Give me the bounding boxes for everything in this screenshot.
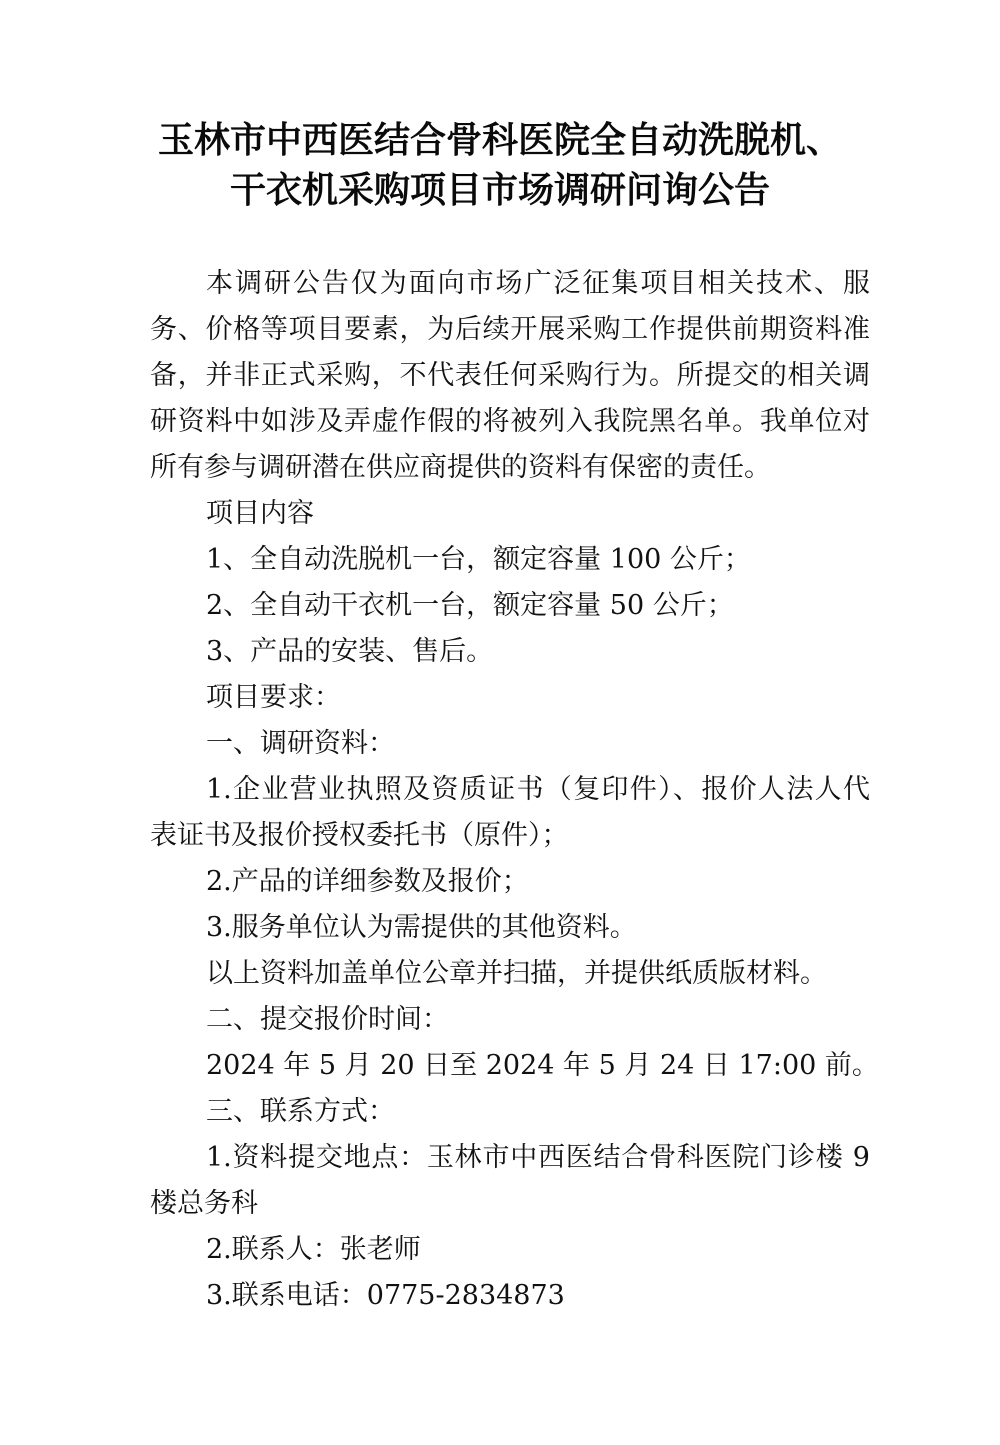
document-title-line-1: 玉林市中西医结合骨科医院全自动洗脱机、 [0, 118, 1000, 162]
section-3-heading: 三、联系方式： [206, 1094, 395, 1130]
section-1-item-2: 2.产品的详细参数及报价； [206, 864, 529, 900]
intro-paragraph-line-5: 所有参与调研潜在供应商提供的资料有保密的责任。 [150, 450, 771, 486]
project-content-item-1: 1、全自动洗脱机一台，额定容量 100 公斤； [206, 542, 751, 578]
contact-person: 2.联系人：张老师 [206, 1232, 421, 1268]
contact-phone: 3.联系电话：0775-2834873 [206, 1278, 565, 1314]
section-1-heading: 一、调研资料： [206, 726, 395, 762]
document-page: 玉林市中西医结合骨科医院全自动洗脱机、 干衣机采购项目市场调研问询公告 本调研公… [0, 0, 1000, 1445]
intro-paragraph-line-1: 本调研公告仅为面向市场广泛征集项目相关技术、服 [206, 266, 870, 302]
project-content-heading: 项目内容 [206, 496, 314, 532]
submission-address-line-1: 1.资料提交地点：玉林市中西医结合骨科医院门诊楼 9 [206, 1140, 870, 1176]
intro-paragraph-line-4: 研资料中如涉及弄虚作假的将被列入我院黑名单。我单位对 [150, 404, 870, 440]
quote-submission-period: 2024 年 5 月 20 日至 2024 年 5 月 24 日 17:00 前… [206, 1048, 879, 1084]
intro-paragraph-line-3: 备，并非正式采购，不代表任何采购行为。所提交的相关调 [150, 358, 870, 394]
project-content-item-2: 2、全自动干衣机一台，额定容量 50 公斤； [206, 588, 734, 624]
section-2-heading: 二、提交报价时间： [206, 1002, 449, 1038]
project-content-item-3: 3、产品的安装、售后。 [206, 634, 493, 670]
section-1-note: 以上资料加盖单位公章并扫描，并提供纸质版材料。 [206, 956, 827, 992]
section-1-item-3: 3.服务单位认为需提供的其他资料。 [206, 910, 637, 946]
intro-paragraph-line-2: 务、价格等项目要素，为后续开展采购工作提供前期资料准 [150, 312, 870, 348]
document-title-line-2: 干衣机采购项目市场调研问询公告 [0, 168, 1000, 212]
section-1-item-1-line-1: 1.企业营业执照及资质证书（复印件）、报价人法人代 [206, 772, 870, 808]
submission-address-line-2: 楼总务科 [150, 1186, 258, 1222]
section-1-item-1-line-2: 表证书及报价授权委托书（原件）； [150, 818, 569, 854]
project-requirements-heading: 项目要求： [206, 680, 341, 716]
